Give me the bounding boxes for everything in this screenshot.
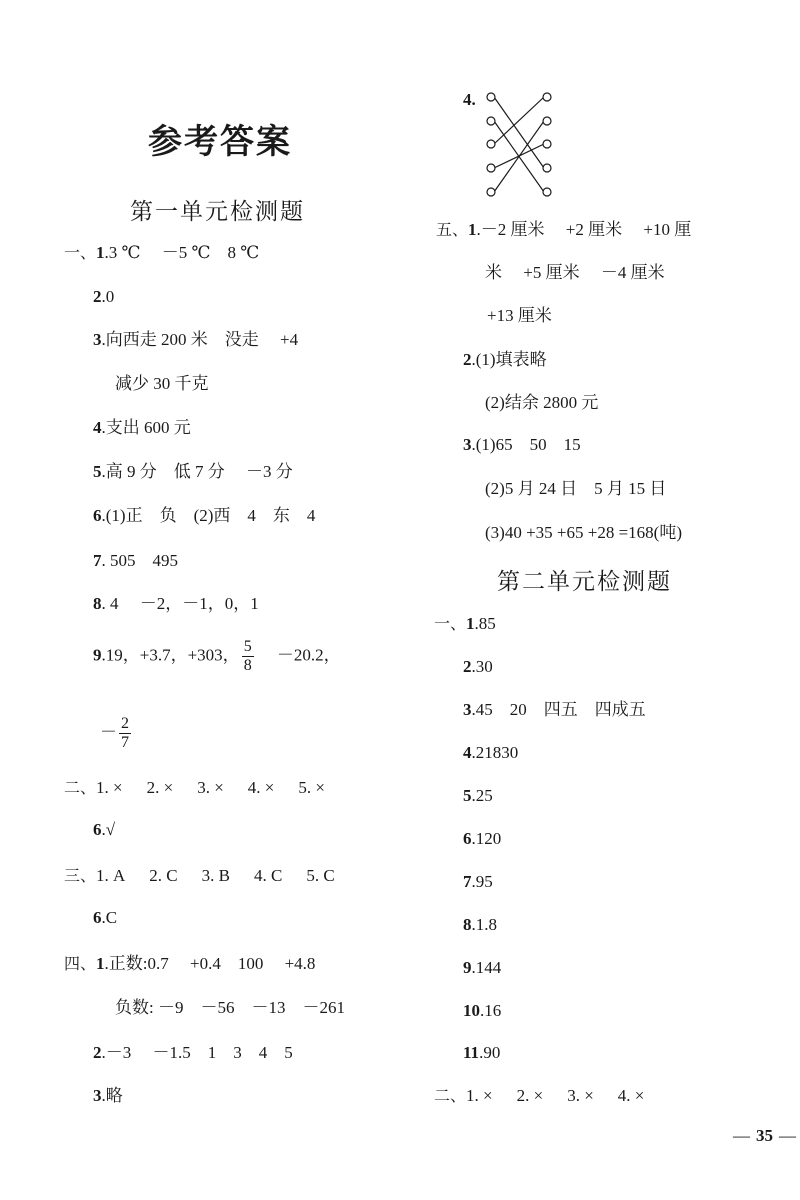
answer-line-section-3: 三、1. A2. C3. B4. C5. C <box>64 865 335 887</box>
question-number: 3 <box>93 1086 102 1105</box>
answer-line: 10.16 <box>463 1000 501 1022</box>
answer-text: 120 <box>476 829 502 848</box>
answer-text: (1)填表略 <box>476 350 547 369</box>
answer-text: 4 －2，－1，0，1 <box>106 594 259 613</box>
question-number: 6 <box>93 820 102 839</box>
answer-line: 2.－3 －1.5 1 3 4 5 <box>93 1042 293 1064</box>
answer-item: 5. C <box>306 866 334 885</box>
answer-continuation: 米 +5 厘米 －4 厘米 <box>485 262 665 284</box>
answer-line: 3.45 20 四五 四成五 <box>463 699 646 721</box>
question-number: 4 <box>93 418 102 437</box>
answer-line: 一、1.3 ℃ －5 ℃ 8 ℃ <box>64 242 259 264</box>
answer-text: 144 <box>476 958 502 977</box>
answer-text: 45 20 四五 四成五 <box>476 700 646 719</box>
question-number: 7 <box>93 551 102 570</box>
question-number: 2 <box>93 287 102 306</box>
answer-line-section-4: 四、1.正数:0.7 +0.4 100 +4.8 <box>64 953 315 975</box>
answer-line: 7.95 <box>463 871 493 893</box>
answer-text: 21830 <box>476 743 519 762</box>
answer-line: 2.0 <box>93 286 114 308</box>
page-number-value: 35 <box>756 1126 773 1145</box>
answer-continuation: (2)结余 2800 元 <box>485 392 598 414</box>
question-number: 3 <box>463 435 472 454</box>
answer-continuation: (2)5 月 24 日 5 月 15 日 <box>485 478 666 500</box>
answer-line-section-2: 二、1. ×2. ×3. ×4. ×5. × <box>64 777 325 799</box>
section-heading-unit-1: 第一单元检测题 <box>130 193 305 226</box>
answer-text: 向西走 200 米 没走 +4 <box>106 330 298 349</box>
fraction-denominator: 8 <box>242 657 254 675</box>
question-number: 7 <box>463 872 472 891</box>
answer-item: 1. × <box>466 1086 493 1105</box>
question-number: 9 <box>463 958 472 977</box>
fraction-numerator: 5 <box>242 638 254 657</box>
question-number: 6 <box>93 506 102 525</box>
right-node-circle <box>543 188 551 196</box>
answer-item: 5. × <box>298 778 325 797</box>
answer-text: (1)正 负 (2)西 4 东 4 <box>106 506 316 525</box>
question-number: 10 <box>463 1001 480 1020</box>
answer-text: 0 <box>106 287 115 306</box>
question-number: 5 <box>93 462 102 481</box>
answer-text: √ <box>106 820 115 839</box>
answer-text: 19，+3.7，+303， <box>106 645 240 664</box>
right-node-circle <box>543 164 551 172</box>
answer-line: 5.25 <box>463 785 493 807</box>
answer-continuation: 负数: －9 －56 －13 －261 <box>115 997 345 1019</box>
answer-item: 2. C <box>149 866 177 885</box>
answer-line: 7. 505 495 <box>93 550 178 572</box>
answer-line: 2.30 <box>463 656 493 678</box>
section-marker: 三、 <box>64 866 96 885</box>
answer-text: 85 <box>479 614 496 633</box>
answer-item: 4. C <box>254 866 282 885</box>
answer-continuation: +13 厘米 <box>487 305 552 327</box>
page-number: —35— <box>733 1126 796 1146</box>
fraction-5-8: 58 <box>242 638 254 675</box>
answer-item: 3. B <box>202 866 230 885</box>
answer-text: (1)65 50 15 <box>476 435 581 454</box>
answer-text: 支出 600 元 <box>106 418 191 437</box>
question-number: 2 <box>93 1043 102 1062</box>
answer-text: －2 厘米 +2 厘米 +10 厘 <box>481 220 691 239</box>
question-number: 8 <box>463 915 472 934</box>
left-node-circle <box>487 140 495 148</box>
page-title: 参考答案 <box>0 114 440 163</box>
answer-line: 4.支出 600 元 <box>93 417 191 439</box>
answer-item: 3. × <box>197 778 224 797</box>
answer-text: 95 <box>476 872 493 891</box>
answer-line: 8. 4 －2，－1，0，1 <box>93 593 259 615</box>
matching-lines-diagram <box>480 86 560 201</box>
answer-line: 3.向西走 200 米 没走 +4 <box>93 329 298 351</box>
answer-continuation: －27 <box>100 715 133 752</box>
fraction-2-7: 27 <box>119 715 131 752</box>
answer-line: 9.19，+3.7，+303，58 －20.2， <box>93 638 341 675</box>
answer-text: 3 ℃ －5 ℃ 8 ℃ <box>109 243 260 262</box>
right-node-circle <box>543 117 551 125</box>
fraction-denominator: 7 <box>119 734 131 752</box>
question-number: 2 <box>463 350 472 369</box>
right-node-circle <box>543 93 551 101</box>
fraction-numerator: 2 <box>119 715 131 734</box>
left-node-circle <box>487 164 495 172</box>
section-marker: 四、 <box>64 954 96 973</box>
answer-line: 11.90 <box>463 1042 500 1064</box>
question-number: 2 <box>463 657 472 676</box>
question-number: 1 <box>466 614 475 633</box>
answer-item: 1. A <box>96 866 125 885</box>
question-number: 4 <box>463 743 472 762</box>
answer-text: 505 495 <box>106 551 178 570</box>
page-number-dash: — <box>733 1126 750 1145</box>
answer-text: 30 <box>476 657 493 676</box>
minus-sign: － <box>100 722 117 741</box>
section-marker: 五、 <box>436 220 468 239</box>
question-number: 6 <box>463 829 472 848</box>
answer-item: 4. × <box>618 1086 645 1105</box>
section-heading-unit-2: 第二单元检测题 <box>497 563 672 596</box>
answer-text: 90 <box>483 1043 500 1062</box>
answer-text: C <box>106 908 117 927</box>
answer-line: 9.144 <box>463 957 501 979</box>
answer-item: 2. × <box>147 778 174 797</box>
answer-line: 6.C <box>93 907 117 929</box>
answer-continuation: (3)40 +35 +65 +28 =168(吨) <box>485 522 682 544</box>
answer-item: 2. × <box>517 1086 544 1105</box>
answer-line-section-2: 二、1. ×2. ×3. ×4. × <box>434 1085 644 1107</box>
answer-line: 6.√ <box>93 819 115 841</box>
section-marker: 一、 <box>64 243 96 262</box>
answer-line-section-5: 五、1.－2 厘米 +2 厘米 +10 厘 <box>436 219 691 241</box>
question-number: 8 <box>93 594 102 613</box>
page-number-dash: — <box>779 1126 796 1145</box>
answer-line: 5.高 9 分 低 7 分 －3 分 <box>93 461 293 483</box>
answer-text: 1.8 <box>476 915 497 934</box>
answer-item: 4. × <box>248 778 275 797</box>
question-number: 4 <box>463 90 472 109</box>
answer-text: －3 －1.5 1 3 4 5 <box>106 1043 293 1062</box>
answer-line: 6.(1)正 负 (2)西 4 东 4 <box>93 505 315 527</box>
answer-line: 2.(1)填表略 <box>463 349 547 371</box>
question-number: 9 <box>93 645 102 664</box>
answer-text: 高 9 分 低 7 分 －3 分 <box>106 462 293 481</box>
answer-item: 1. × <box>96 778 123 797</box>
left-node-circle <box>487 188 495 196</box>
answer-line: 3.(1)65 50 15 <box>463 434 581 456</box>
answer-continuation: 减少 30 千克 <box>115 373 209 395</box>
question-number: 3 <box>93 330 102 349</box>
question-number: 1 <box>468 220 477 239</box>
answer-text: 略 <box>106 1086 123 1105</box>
answer-line-section-1: 一、1.85 <box>434 613 496 635</box>
left-node-circle <box>487 93 495 101</box>
answer-text: 25 <box>476 786 493 805</box>
answer-line: 6.120 <box>463 828 501 850</box>
left-node-circle <box>487 117 495 125</box>
section-marker: 一、 <box>434 614 466 633</box>
question-number: 11 <box>463 1043 479 1062</box>
question-number: 6 <box>93 908 102 927</box>
answer-line: 3.略 <box>93 1085 123 1107</box>
matching-question-number: 4. <box>463 89 476 111</box>
answer-text: －20.2， <box>256 645 341 664</box>
right-node-circle <box>543 140 551 148</box>
answer-line: 4.21830 <box>463 742 518 764</box>
answer-line: 8.1.8 <box>463 914 497 936</box>
question-number: 5 <box>463 786 472 805</box>
question-number: 3 <box>463 700 472 719</box>
answer-text: 16 <box>484 1001 501 1020</box>
question-number: 1 <box>96 243 105 262</box>
answer-text: 正数:0.7 +0.4 100 +4.8 <box>109 954 316 973</box>
section-marker: 二、 <box>434 1086 466 1105</box>
question-number: 1 <box>96 954 105 973</box>
answer-item: 3. × <box>567 1086 594 1105</box>
section-marker: 二、 <box>64 778 96 797</box>
